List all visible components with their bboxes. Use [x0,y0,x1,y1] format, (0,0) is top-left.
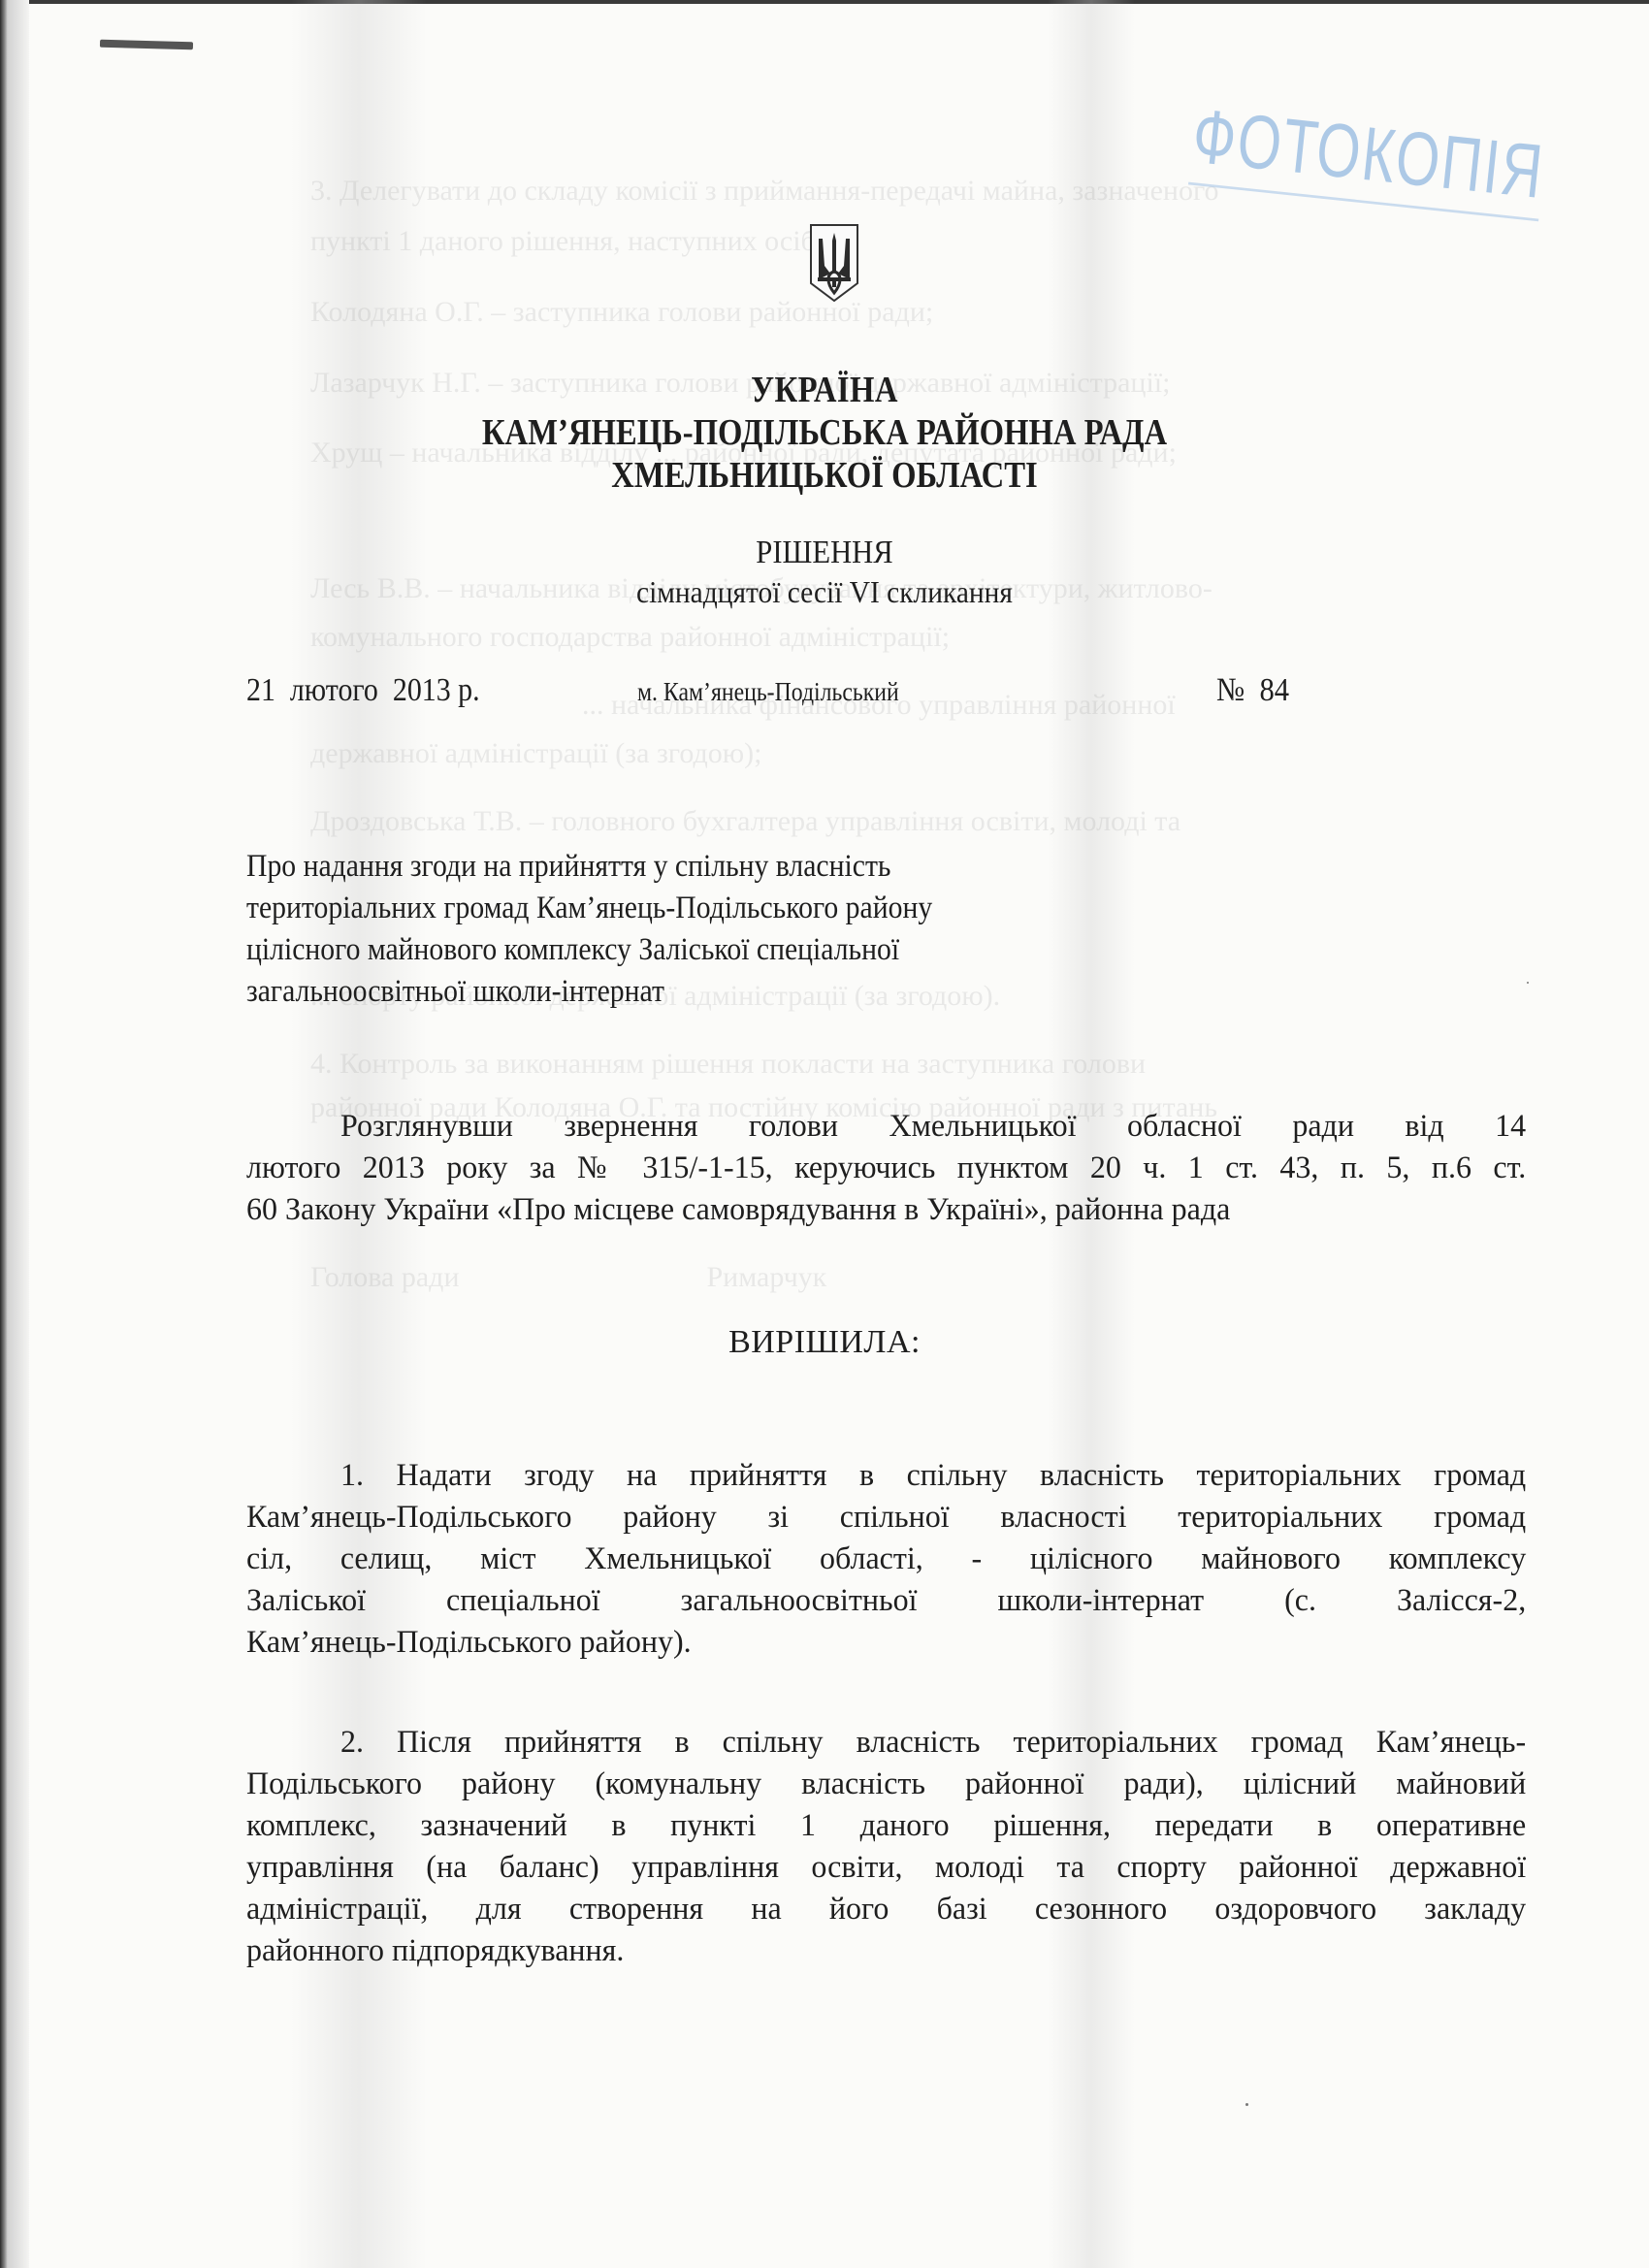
session-label: сімнадцятої сесії VI скликання [66,572,1583,611]
header-council: КАМ’ЯНЕЦЬ-ПОДІЛЬСЬКА РАЙОННА РАДА [115,411,1534,454]
point-line: комплекс, зазначений в пункті 1 даного р… [246,1805,1526,1847]
point-line: Кам’янець-Подільського району). [246,1622,1526,1664]
point-line: 1. Надати згоду на прийняття в спільну в… [246,1455,1526,1497]
preamble-line: 60 Закону України «Про місцеве самовряду… [246,1189,1526,1231]
staple-mark [100,40,193,50]
coat-of-arms-icon [809,223,859,303]
document-date: 21 лютого 2013 р. [246,672,480,709]
decision-title: РІШЕННЯ [82,534,1567,572]
photocopy-stamp: ФОТОКОПІЯ [1188,92,1548,221]
point-line: районного підпорядкування. [246,1930,1526,1972]
decision-point-1: 1. Надати згоду на прийняття в спільну в… [246,1455,1566,1664]
subject-line: загальноосвітньої школи-інтернат [246,971,1050,1013]
subject-line: Про надання згоди на прийняття у спільну… [246,846,1050,888]
point-line: управління (на баланс) управління освіти… [246,1847,1526,1889]
point-line: Кам’янець-Подільського району зі спільно… [246,1497,1526,1539]
preamble-line: Розглянувши звернення голови Хмельницько… [246,1106,1526,1148]
point-line: адміністрації, для створення на його баз… [246,1889,1526,1930]
document-number: № 84 [1216,672,1289,709]
subject-line: територіальних громад Кам’янець-Подільсь… [246,888,1050,929]
document-header: УКРАЇНА КАМ’ЯНЕЦЬ-ПОДІЛЬСЬКА РАЙОННА РАД… [0,369,1649,611]
scan-speck [1527,982,1529,984]
document-meta: 21 лютого 2013 р. м. Кам’янець-Подільськ… [246,672,1313,715]
header-region: ХМЕЛЬНИЦЬКОЇ ОБЛАСТІ [115,454,1534,497]
document-city: м. Кам’янець-Подільський [637,677,899,707]
point-line: 2. Після прийняття в спільну власність т… [246,1722,1526,1764]
scan-edge-left [0,0,8,2268]
decision-point-2: 2. Після прийняття в спільну власність т… [246,1722,1566,1972]
point-line: Подільського району (комунальну власніст… [246,1764,1526,1805]
decision-subject: Про надання згоди на прийняття у спільну… [246,846,1139,1013]
header-country: УКРАЇНА [115,369,1534,411]
preamble-line: лютого 2013 року за № 315/-1-15, керуючи… [246,1148,1526,1189]
scan-speck [1245,2103,1248,2106]
scan-speck [1232,698,1234,700]
subject-line: цілісного майнового комплексу Заліської … [246,929,1050,971]
point-line: Заліської спеціальної загальноосвітньої … [246,1580,1526,1622]
resolved-heading: ВИРІШИЛА: [0,1324,1649,1361]
preamble-paragraph: Розглянувши звернення голови Хмельницько… [246,1106,1566,1231]
scan-shadow [8,0,29,2268]
point-line: сіл, селищ, міст Хмельницької області, -… [246,1539,1526,1580]
scan-edge-top [0,0,1649,4]
